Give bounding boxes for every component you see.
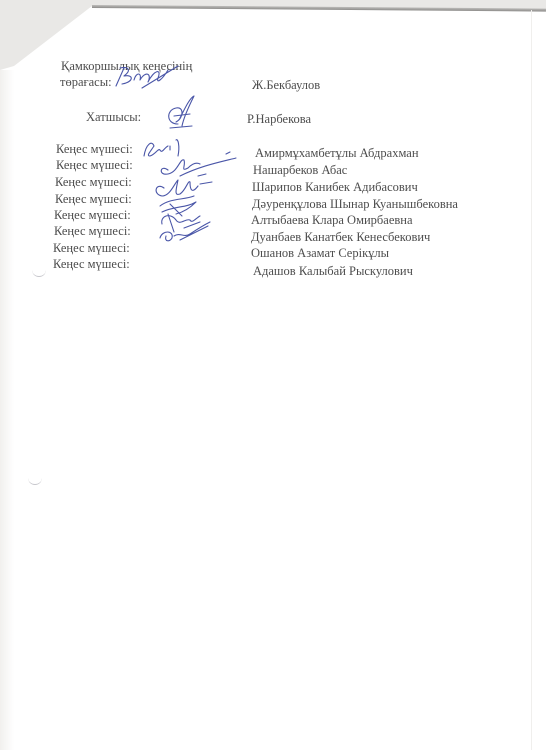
member-name: Ошанов Азамат Серікұлы (251, 247, 389, 260)
member-name: Дәуренқұлова Шынар Куанышбековна (252, 198, 458, 211)
member-label: Кеңес мүшесі: (53, 242, 130, 255)
member-label: Кеңес мүшесі: (55, 193, 132, 206)
member-label: Кеңес мүшесі: (54, 209, 131, 222)
member-name: Нашарбеков Абас (253, 164, 347, 177)
member-signatures (140, 136, 240, 246)
member-name: Дуанбаев Канатбек Кенесбекович (251, 231, 430, 244)
chair-label-line2: төрағасы: (60, 76, 112, 89)
member-label: Кеңес мүшесі: (53, 258, 130, 271)
member-name: Алтыбаева Клара Омирбаевна (251, 214, 413, 227)
sheet-right-edge (531, 10, 532, 750)
member-label: Кеңес мүшесі: (56, 159, 133, 172)
member-label: Кеңес мүшесі: (56, 143, 133, 156)
secretary-label: Хатшысы: (86, 111, 141, 124)
member-name: Амирмұхамбетұлы Абдрахман (255, 147, 419, 160)
sheet-left-shadow (0, 70, 14, 750)
secretary-signature (160, 94, 200, 134)
member-name: Адашов Калыбай Рыскулович (253, 265, 413, 278)
member-label: Кеңес мүшесі: (55, 176, 132, 189)
chair-name: Ж.Бекбаулов (252, 79, 320, 92)
secretary-name: Р.Нарбекова (247, 113, 311, 126)
member-label: Кеңес мүшесі: (54, 225, 131, 238)
chair-signature (112, 62, 182, 92)
member-name: Шарипов Канибек Адибасович (252, 181, 418, 194)
